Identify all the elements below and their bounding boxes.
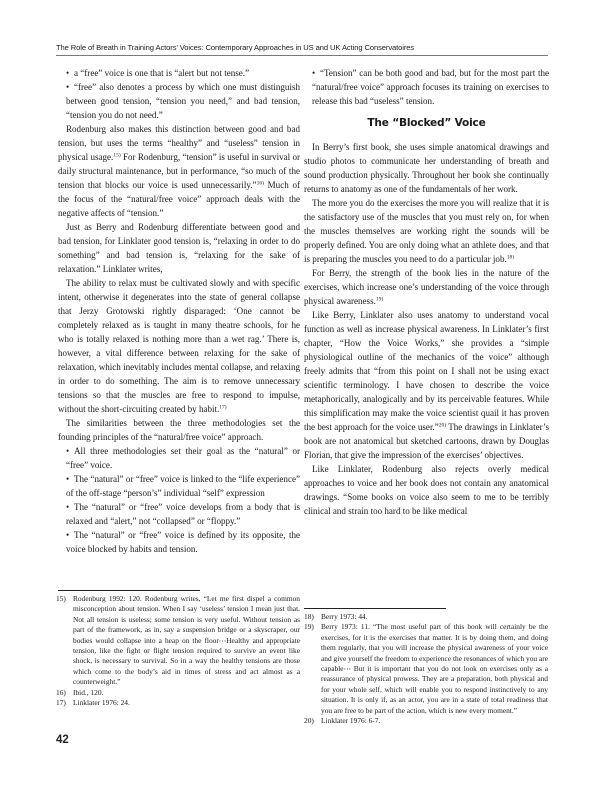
paragraph-linklater-anatomy: Like Berry, Linklater also uses anatomy … xyxy=(304,308,549,462)
text: Like Berry, Linklater also uses anatomy … xyxy=(304,310,549,432)
text: The ability to relax must be cultivated … xyxy=(58,278,300,414)
footnote: 18)Berry 1973: 44. xyxy=(304,612,548,622)
footnote-ref[interactable]: 18) xyxy=(507,255,514,261)
running-header-title: The Role of Breath in Training Actors’ V… xyxy=(56,43,548,56)
bullet-item: All three methodologies set their goal a… xyxy=(58,444,300,472)
text: For Berry, the strength of the book lies… xyxy=(304,268,549,306)
footnote-text: Linklater 1976: 6-7. xyxy=(321,716,380,725)
bullet-item: a “free” voice is one that is “alert but… xyxy=(58,66,300,80)
footnote-number: 19) xyxy=(304,622,314,632)
paragraph-rodenburg-tension: Rodenburg also makes this distinction be… xyxy=(58,122,300,220)
bullet-item: The “natural” or “free” voice develops f… xyxy=(58,500,300,528)
paragraph-berry-strength: For Berry, the strength of the book lies… xyxy=(304,266,549,308)
footnote-number: 17) xyxy=(56,698,66,708)
footnote-text: Rodenburg 1992: 120. Rodenburg writes, “… xyxy=(73,594,300,686)
footnote: 16)Ibid., 120. xyxy=(56,688,300,698)
footnote: 17)Linklater 1976: 24. xyxy=(56,698,300,708)
footnote-number: 18) xyxy=(304,612,314,622)
paragraph-similarities: The similarities between the three metho… xyxy=(58,416,300,444)
footnote-text: Berry 1973: 44. xyxy=(321,612,368,621)
footnote-number: 20) xyxy=(304,716,314,726)
footnote: 15)Rodenburg 1992: 120. Rodenburg writes… xyxy=(56,594,300,688)
footnote-text: Ibid., 120. xyxy=(73,688,103,697)
footnote-ref[interactable]: 16) xyxy=(257,181,264,187)
section-heading: The “Blocked” Voice xyxy=(304,116,549,130)
block-quote-linklater: The ability to relax must be cultivated … xyxy=(58,276,300,416)
footnote-ref[interactable]: 17) xyxy=(219,405,226,411)
bullet-item: The “natural” or “free” voice is linked … xyxy=(58,472,300,500)
footnote-ref[interactable]: 20) xyxy=(439,423,446,429)
block-quote-berry: The more you do the exercises the more y… xyxy=(304,196,549,266)
bullet-item: “Tension” can be both good and bad, but … xyxy=(304,66,549,108)
footnote-ref[interactable]: 19) xyxy=(376,297,383,303)
bullet-item: The “natural” or “free” voice is defined… xyxy=(58,528,300,556)
right-column: “Tension” can be both good and bad, but … xyxy=(304,66,549,518)
footnote-divider xyxy=(304,608,446,609)
footnote-text: Berry 1973: 11. “The most useful part of… xyxy=(321,622,548,714)
footnote-text: Linklater 1976: 24. xyxy=(73,698,130,707)
footnote-divider xyxy=(58,590,200,591)
paragraph-rodenburg-medical: Like Linklater, Rodenburg also rejects o… xyxy=(304,462,549,518)
bullet-item: “free” also denotes a process by which o… xyxy=(58,80,300,122)
footnote-ref[interactable]: 15) xyxy=(113,153,120,159)
footnote: 20)Linklater 1976: 6-7. xyxy=(304,716,548,726)
paragraph-berry-anatomy: In Berry’s first book, she uses simple a… xyxy=(304,140,549,196)
footnote-number: 15) xyxy=(56,594,66,604)
left-column: a “free” voice is one that is “alert but… xyxy=(58,66,300,556)
page-number: 42 xyxy=(56,734,69,746)
footnote: 19)Berry 1973: 11. “The most useful part… xyxy=(304,622,548,716)
footnotes-right: 18)Berry 1973: 44. 19)Berry 1973: 11. “T… xyxy=(304,612,548,726)
footnote-number: 16) xyxy=(56,688,66,698)
paragraph-linklater-tension: Just as Berry and Rodenburg differentiat… xyxy=(58,220,300,276)
footnotes-left: 15)Rodenburg 1992: 120. Rodenburg writes… xyxy=(56,594,300,708)
